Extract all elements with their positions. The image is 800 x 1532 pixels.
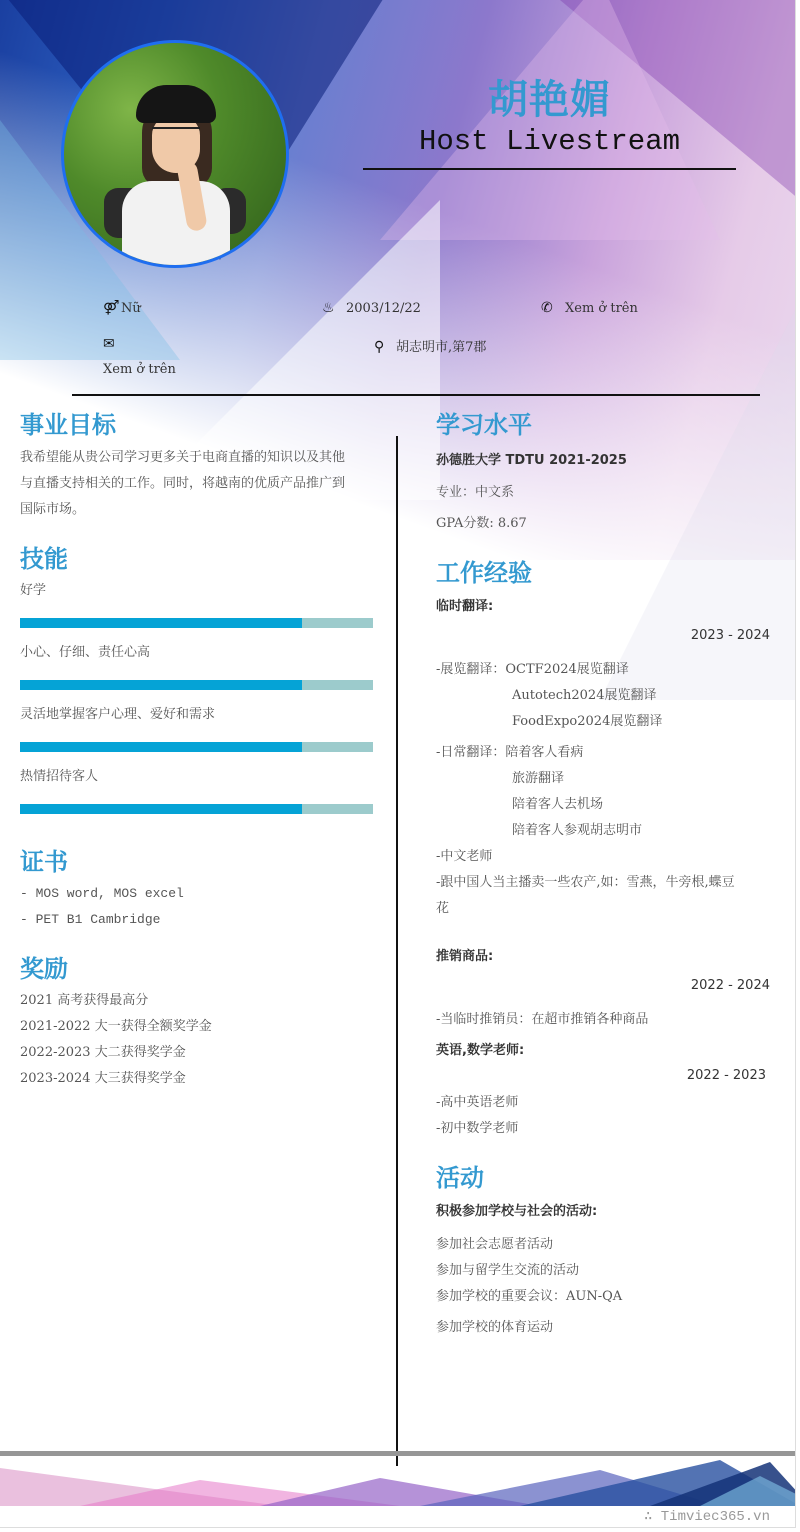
skill-bar — [20, 804, 373, 814]
job-detail: -日常翻译：陪着客人看病 — [436, 740, 583, 766]
job-detail: -中文老师 — [436, 844, 492, 870]
activity-item: 参加与留学生交流的活动 — [436, 1258, 579, 1284]
skill-label: 好学 — [20, 578, 46, 604]
job-detail: -初中数学老师 — [436, 1116, 518, 1142]
award-item: 2021-2022 大一获得全额奖学金 — [20, 1014, 212, 1040]
objective-line: 与直播支持相关的工作。同时，将越南的优质产品推广到 — [20, 471, 345, 497]
phone-value: Xem ở trên — [565, 301, 638, 316]
contact-birthday: ♨2003/12/22 — [322, 300, 421, 316]
gender-value: Nữ — [121, 301, 141, 316]
award-item: 2022-2023 大二获得奖学金 — [20, 1040, 186, 1066]
job-detail: FoodExpo2024展览翻译 — [512, 709, 662, 735]
job-detail: 旅游翻译 — [512, 766, 564, 792]
job-detail: -当临时推销员：在超市推销各种商品 — [436, 1007, 648, 1033]
job-period: 2022 - 2023 — [687, 1068, 766, 1083]
job-detail: 陪着客人参观胡志明市 — [512, 818, 642, 844]
activity-item: 参加社会志愿者活动 — [436, 1232, 553, 1258]
job-detail: 陪着客人去机场 — [512, 792, 603, 818]
section-title-objective: 事业目标 — [20, 405, 116, 440]
certificate-item: - PET B1 Cambridge — [20, 907, 160, 933]
skill-bar — [20, 680, 373, 690]
footer-decoration — [0, 1460, 795, 1506]
job-period: 2022 - 2024 — [691, 978, 770, 993]
column-divider — [396, 436, 398, 1466]
contact-gender: ⚤Nữ — [103, 300, 141, 316]
skill-label: 热情招待客人 — [20, 764, 98, 790]
award-item: 2023-2024 大三获得奖学金 — [20, 1066, 186, 1092]
section-title-certificates: 证书 — [20, 842, 68, 877]
job-detail: -展览翻译：OCTF2024展览翻译 — [436, 657, 629, 683]
job-detail: 花 — [436, 896, 449, 922]
section-title-education: 学习水平 — [436, 405, 532, 440]
activity-item: 参加学校的重要会议：AUN-QA — [436, 1284, 622, 1310]
contact-divider — [72, 394, 760, 396]
phone-icon: ✆ — [541, 300, 565, 316]
contact-email: ✉ — [103, 336, 121, 352]
contact-phone: ✆Xem ở trên — [541, 300, 638, 316]
education-gpa: GPA分数: 8.67 — [436, 511, 527, 537]
footer-divider — [0, 1451, 795, 1456]
skill-label: 灵活地掌握客户心理、爱好和需求 — [20, 702, 215, 728]
activity-item: 参加学校的体育运动 — [436, 1315, 553, 1341]
birthday-cake-icon: ♨ — [322, 300, 346, 316]
contact-address: ⚲胡志明市,第7郡 — [374, 336, 486, 355]
email-icon: ✉ — [103, 336, 121, 352]
job-detail: -高中英语老师 — [436, 1090, 518, 1116]
skill-label: 小心、仔细、责任心高 — [20, 640, 150, 666]
job-detail: Autotech2024展览翻译 — [512, 683, 656, 709]
address-value: 胡志明市,第7郡 — [396, 340, 486, 355]
section-title-experience: 工作经验 — [436, 553, 532, 588]
candidate-name: 胡艳媚 — [363, 68, 736, 125]
activities-subtitle: 积极参加学校与社会的活动: — [436, 1199, 597, 1225]
skill-bar — [20, 742, 373, 752]
job-detail: -跟中国人当主播卖一些农产,如：雪燕，牛旁根,蝶豆 — [436, 870, 735, 896]
watermark: ∴ Timviec365.vn — [644, 1508, 770, 1525]
birthday-value: 2003/12/22 — [346, 301, 421, 316]
job-title: Host Livestream — [363, 125, 736, 158]
award-item: 2021 高考获得最高分 — [20, 988, 148, 1014]
resume-page: 胡艳媚 Host Livestream ⚤Nữ ♨2003/12/22 ✆Xem… — [0, 0, 796, 1528]
objective-line: 我希望能从贵公司学习更多关于电商直播的知识以及其他 — [20, 445, 345, 471]
map-pin-icon: ⚲ — [374, 339, 396, 355]
profile-photo — [61, 40, 289, 268]
job-period: 2023 - 2024 — [691, 628, 770, 643]
job-title: 临时翻译: — [436, 594, 493, 620]
job-title: 推销商品: — [436, 944, 493, 970]
section-title-awards: 奖励 — [20, 949, 68, 984]
education-major: 专业：中文系 — [436, 480, 514, 506]
skill-bar — [20, 618, 373, 628]
objective-line: 国际市场。 — [20, 497, 85, 523]
job-title: 英语,数学老师: — [436, 1038, 524, 1064]
education-school: 孙德胜大学 TDTU 2021-2025 — [436, 448, 627, 474]
email-value: Xem ở trên — [103, 362, 176, 377]
section-title-activities: 活动 — [436, 1158, 484, 1193]
gender-icon: ⚤ — [103, 300, 121, 316]
title-divider — [363, 168, 736, 170]
certificate-item: - MOS word, MOS excel — [20, 881, 184, 907]
section-title-skills: 技能 — [20, 539, 68, 574]
